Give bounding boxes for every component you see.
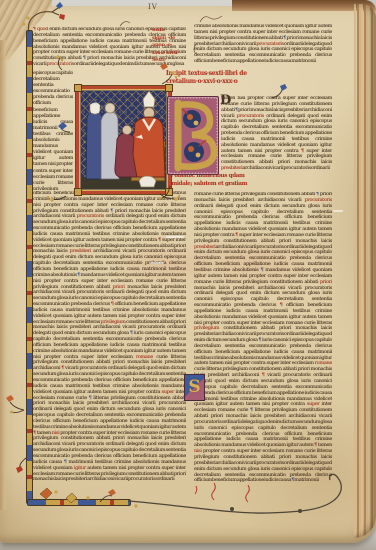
- right-column-main-text: romane curie litteras privilegium consti…: [194, 192, 332, 487]
- rubric-line: cretalium·o·xxvi·o·xxx·o: [166, 78, 298, 86]
- book-fore-edge: [354, 4, 376, 538]
- illuminated-initial-b: [167, 96, 219, 175]
- backdrop-sliver-top: [52, 0, 234, 6]
- corner-ornament: [165, 188, 173, 196]
- bar-border-horizontal: [27, 499, 131, 506]
- bishop-enthroned-miniature-icon: [79, 89, 168, 191]
- left-column-main-text: officium beneficium appellatione iudicis…: [33, 191, 186, 482]
- marginal-line: iuxta: [152, 27, 188, 35]
- folio-number: IV: [148, 3, 158, 11]
- small-illuminated-initial: S: [184, 374, 205, 401]
- miniature-panel: [76, 86, 171, 194]
- right-column-beside-initial-text: tamen nisi propter contra super inter ec…: [221, 96, 332, 171]
- corner-ornament: [74, 188, 82, 196]
- manuscript-photo: IV ¶ quod enim dictum secundum glosa iur…: [0, 0, 376, 550]
- gutter-shadow: [0, 40, 7, 510]
- chapter-rubric: Incipit textus·sexti·libri de cretalium·…: [166, 70, 298, 86]
- surface-fleck: [150, 262, 164, 264]
- red-marginal-note: iuxta signũ ·de anno ·o· xxx·o xxvii Sex…: [152, 27, 188, 65]
- rubric-line: Incipit textus·sexti·libri de: [166, 70, 298, 78]
- marginal-line: Sexti·: [152, 57, 188, 65]
- corner-ornament: [74, 84, 82, 92]
- bottom-shadow: [0, 534, 376, 550]
- marginal-line: xxx·o xxvii: [152, 50, 188, 58]
- rubric-line: dimidale; salutem et gratiam: [166, 181, 286, 189]
- bar-border-vertical: [26, 30, 33, 504]
- marginal-line: anno ·o·: [152, 42, 188, 50]
- surface-fleck: [166, 236, 184, 238]
- corner-ornament: [165, 84, 173, 92]
- left-column-narrow-text: episcopus capitulo decretalium sententia…: [33, 70, 73, 190]
- surface-fleck: [333, 210, 343, 212]
- marginal-line: signũ ·de: [152, 35, 188, 43]
- right-column-top-text: crimine absolutionis mandamus videlicet …: [194, 24, 332, 68]
- initial-b-icon: [168, 97, 218, 174]
